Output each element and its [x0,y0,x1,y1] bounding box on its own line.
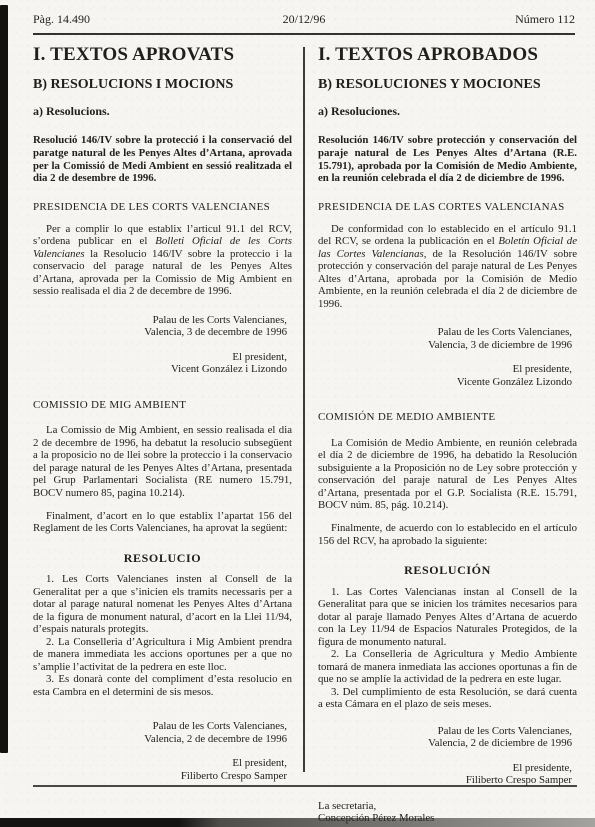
dateline: Palau de les Corts Valencianes, Valencia… [318,326,577,351]
dateline-place: Palau de les Corts Valencianes, [318,725,572,738]
header-date: 20/12/96 [33,12,575,27]
resolution-lead: Resolución 146/IV sobre protección y con… [318,134,577,185]
dateline-closing: Palau de les Corts Valencianes, Valencia… [318,725,577,750]
resolution-items: 1. Las Cortes Valencianas instan al Cons… [318,586,577,711]
signature-role: La secretaria, [318,800,577,813]
signature-role: El presidente, [318,762,572,775]
header-issue-number: Número 112 [515,12,575,27]
resolution-item-1: 1. Les Corts Valencianes insten al Conse… [33,573,292,636]
dateline-place: Palau de les Corts Valencianes, [33,720,287,733]
commission-paragraph-1: La Comisión de Medio Ambiente, en reunió… [318,437,577,512]
dateline-date: Valencia, 2 de decembre de 1996 [33,733,287,746]
dateline-closing: Palau de les Corts Valencianes, Valencia… [33,720,292,745]
commission-heading: COMISIÓN DE MEDIO AMBIENTE [318,411,577,424]
header-rule [33,33,575,35]
signature-secretary: La secretaria, Concepción Pérez Morales [318,800,577,825]
signature-name: Concepción Pérez Morales [318,812,577,825]
commission-paragraph-1: La Comissio de Mig Ambient, en sessio re… [33,424,292,499]
resolution-item-1: 1. Las Cortes Valencianas instan al Cons… [318,586,577,649]
commission-paragraph-2: Finalment, d’acort en lo que establix l’… [33,510,292,535]
resolution-item-2: 2. La Conselleria de Agricultura y Medio… [318,648,577,686]
resolution-item-2: 2. La Conselleria d’Agricultura i Mig Am… [33,636,292,674]
column-spanish: I. TEXTOS APROBADOS B) RESOLUCIONES Y MO… [318,44,577,825]
presidency-heading: PRESIDENCIA DE LAS CORTES VALENCIANAS [318,201,577,214]
gazette-page: Pàg. 14.490 20/12/96 Número 112 I. TEXTO… [0,0,595,827]
presidency-paragraph: De conformidad con lo establecido en el … [318,223,577,311]
resolution-heading: RESOLUCIÓN [318,564,577,577]
dateline-date: Valencia, 3 de diciembre de 1996 [318,339,572,352]
signature-name: Filiberto Crespo Samper [33,770,287,783]
section-title: I. TEXTOS APROBADOS [318,44,577,65]
dateline: Palau de les Corts Valencianes, Valencia… [33,314,292,339]
subsubsection-title: a) Resoluciones. [318,105,577,118]
signature-role: El president, [33,351,287,364]
column-divider [303,47,305,772]
signature-president-closing: El presidente, Filiberto Crespo Samper [318,762,577,787]
signature-role: El presidente, [318,363,572,376]
subsection-title: B) RESOLUCIONS I MOCIONS [33,77,292,92]
signature-name: Filiberto Crespo Samper [318,774,572,787]
signature-president-closing: El president, Filiberto Crespo Samper [33,757,292,782]
resolution-item-3: 3. Del cumplimiento de esta Resolución, … [318,686,577,711]
subsubsection-title: a) Resolucions. [33,105,292,118]
commission-heading: COMISSIO DE MIG AMBIENT [33,399,292,412]
resolution-lead: Resolució 146/IV sobre la protecció i la… [33,134,292,185]
subsection-title: B) RESOLUCIONES Y MOCIONES [318,77,577,92]
presidency-paragraph: Per a complir lo que establix l’articul … [33,223,292,298]
resolution-heading: RESOLUCIO [33,552,292,565]
section-title: I. TEXTOS APROVATS [33,44,292,65]
signature-president: El presidente, Vicente González Lizondo [318,363,577,388]
dateline-date: Valencia, 3 de decembre de 1996 [33,326,287,339]
commission-paragraph-2: Finalmente, de acuerdo con lo establecid… [318,522,577,547]
dateline-place: Palau de les Corts Valencianes, [318,326,572,339]
signature-president: El president, Vicent González i Lizondo [33,351,292,376]
resolution-item-3: 3. Es donarà conte del compliment d’esta… [33,673,292,698]
column-valencian: I. TEXTOS APROVATS B) RESOLUCIONS I MOCI… [33,44,292,782]
signature-name: Vicent González i Lizondo [33,363,287,376]
dateline-date: Valencia, 2 de diciembre de 1996 [318,737,572,750]
resolution-items: 1. Les Corts Valencianes insten al Conse… [33,573,292,698]
signature-role: El president, [33,757,287,770]
presidency-heading: PRESIDENCIA DE LES CORTS VALENCIANES [33,201,292,214]
scan-edge-left [0,5,8,753]
signature-name: Vicente González Lizondo [318,376,572,389]
dateline-place: Palau de les Corts Valencianes, [33,314,287,327]
